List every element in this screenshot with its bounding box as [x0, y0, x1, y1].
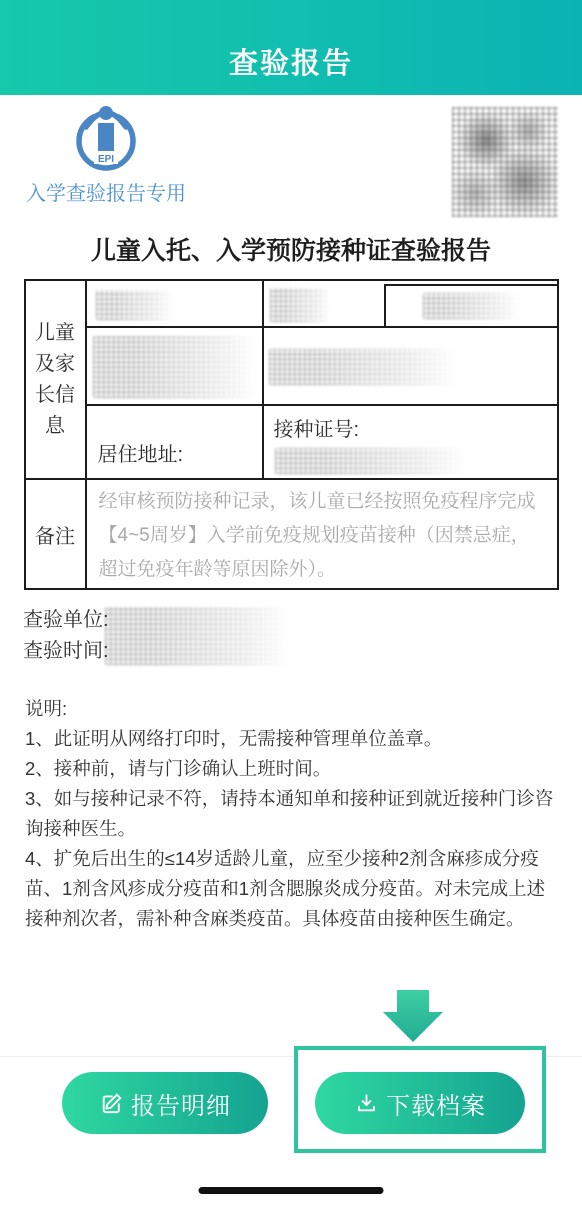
- note-item-2: 2、接种前，请与门诊确认上班时间。: [25, 754, 557, 784]
- document-head: EPI 入学查验报告专用: [0, 95, 582, 227]
- report-detail-button[interactable]: 报告明细: [62, 1072, 268, 1134]
- redacted-contact-info: [269, 349, 461, 385]
- notes-section: 说明: 1、此证明从网络打印时，无需接种管理单位盖章。 2、接种前，请与门诊确认…: [25, 694, 557, 934]
- epi-logo-text: EPI: [98, 154, 114, 165]
- home-indicator[interactable]: [199, 1187, 384, 1194]
- redacted-child-info: [270, 288, 330, 322]
- certificate-table: 儿童及家长信息 居住地址: 接种证号: 备注 经审核预防接种记录，该儿童已经按照…: [24, 279, 559, 590]
- redacted-cert-no: [275, 448, 471, 474]
- download-archive-label: 下载档案: [386, 1086, 486, 1121]
- redacted-child-id: [423, 293, 519, 319]
- check-unit-label: 查验单位:: [23, 605, 582, 636]
- note-item-3: 3、如与接种记录不符，请持本通知单和接种证到就近接种门诊咨询接种医生。: [25, 784, 557, 844]
- remark-text: 经审核预防接种记录，该儿童已经按照免疫程序完成【4~5周岁】入学前免疫规划疫苗接…: [87, 480, 557, 588]
- table-cell-child-info: [264, 281, 384, 328]
- remark-label: 备注: [26, 480, 87, 588]
- epi-logo-icon: EPI: [68, 103, 144, 173]
- app-header: 查验报告: [0, 0, 582, 95]
- report-page: 查验报告 EPI 入学查验报告专用 儿童入托、入学预防接种证查验报告 儿童及家长…: [0, 0, 582, 1206]
- table-cell-contact: [264, 328, 557, 406]
- epi-logo: EPI 入学查验报告专用: [25, 103, 187, 206]
- table-inner-box: [384, 284, 559, 328]
- cert-no-label: 接种证号:: [274, 419, 360, 441]
- down-arrow-icon: [383, 990, 443, 1042]
- table-group-label: 儿童及家长信息: [26, 281, 87, 480]
- redacted-child-name: [96, 290, 174, 320]
- note-item-4: 4、扩免后出生的≤14岁适龄儿童，应至少接种2剂含麻疹成分疫苗、1剂含风疹成分疫…: [25, 844, 557, 934]
- download-archive-button[interactable]: 下载档案: [315, 1072, 525, 1134]
- notes-title: 说明:: [25, 694, 557, 724]
- download-icon: [354, 1091, 379, 1116]
- footer: 报告明细 下载档案: [0, 1042, 582, 1206]
- table-cell-child-id: [384, 281, 557, 328]
- report-detail-label: 报告明细: [131, 1086, 231, 1121]
- table-cell-guardian: [87, 328, 264, 406]
- check-time-label: 查验时间:: [23, 636, 582, 667]
- redacted-guardian-info: [93, 336, 259, 398]
- edit-icon: [99, 1091, 124, 1116]
- stamp-image: [452, 107, 558, 217]
- logo-caption: 入学查验报告专用: [25, 177, 187, 206]
- check-meta: 查验单位: 查验时间:: [23, 605, 582, 667]
- arrow-row: [0, 990, 582, 1042]
- cert-no-cell: 接种证号:: [264, 406, 557, 480]
- report-title: 儿童入托、入学预防接种证查验报告: [0, 231, 582, 267]
- page-title: 查验报告: [229, 41, 353, 82]
- address-label: 居住地址:: [87, 406, 264, 480]
- table-cell-child-name: [87, 281, 264, 328]
- note-item-1: 1、此证明从网络打印时，无需接种管理单位盖章。: [25, 724, 557, 754]
